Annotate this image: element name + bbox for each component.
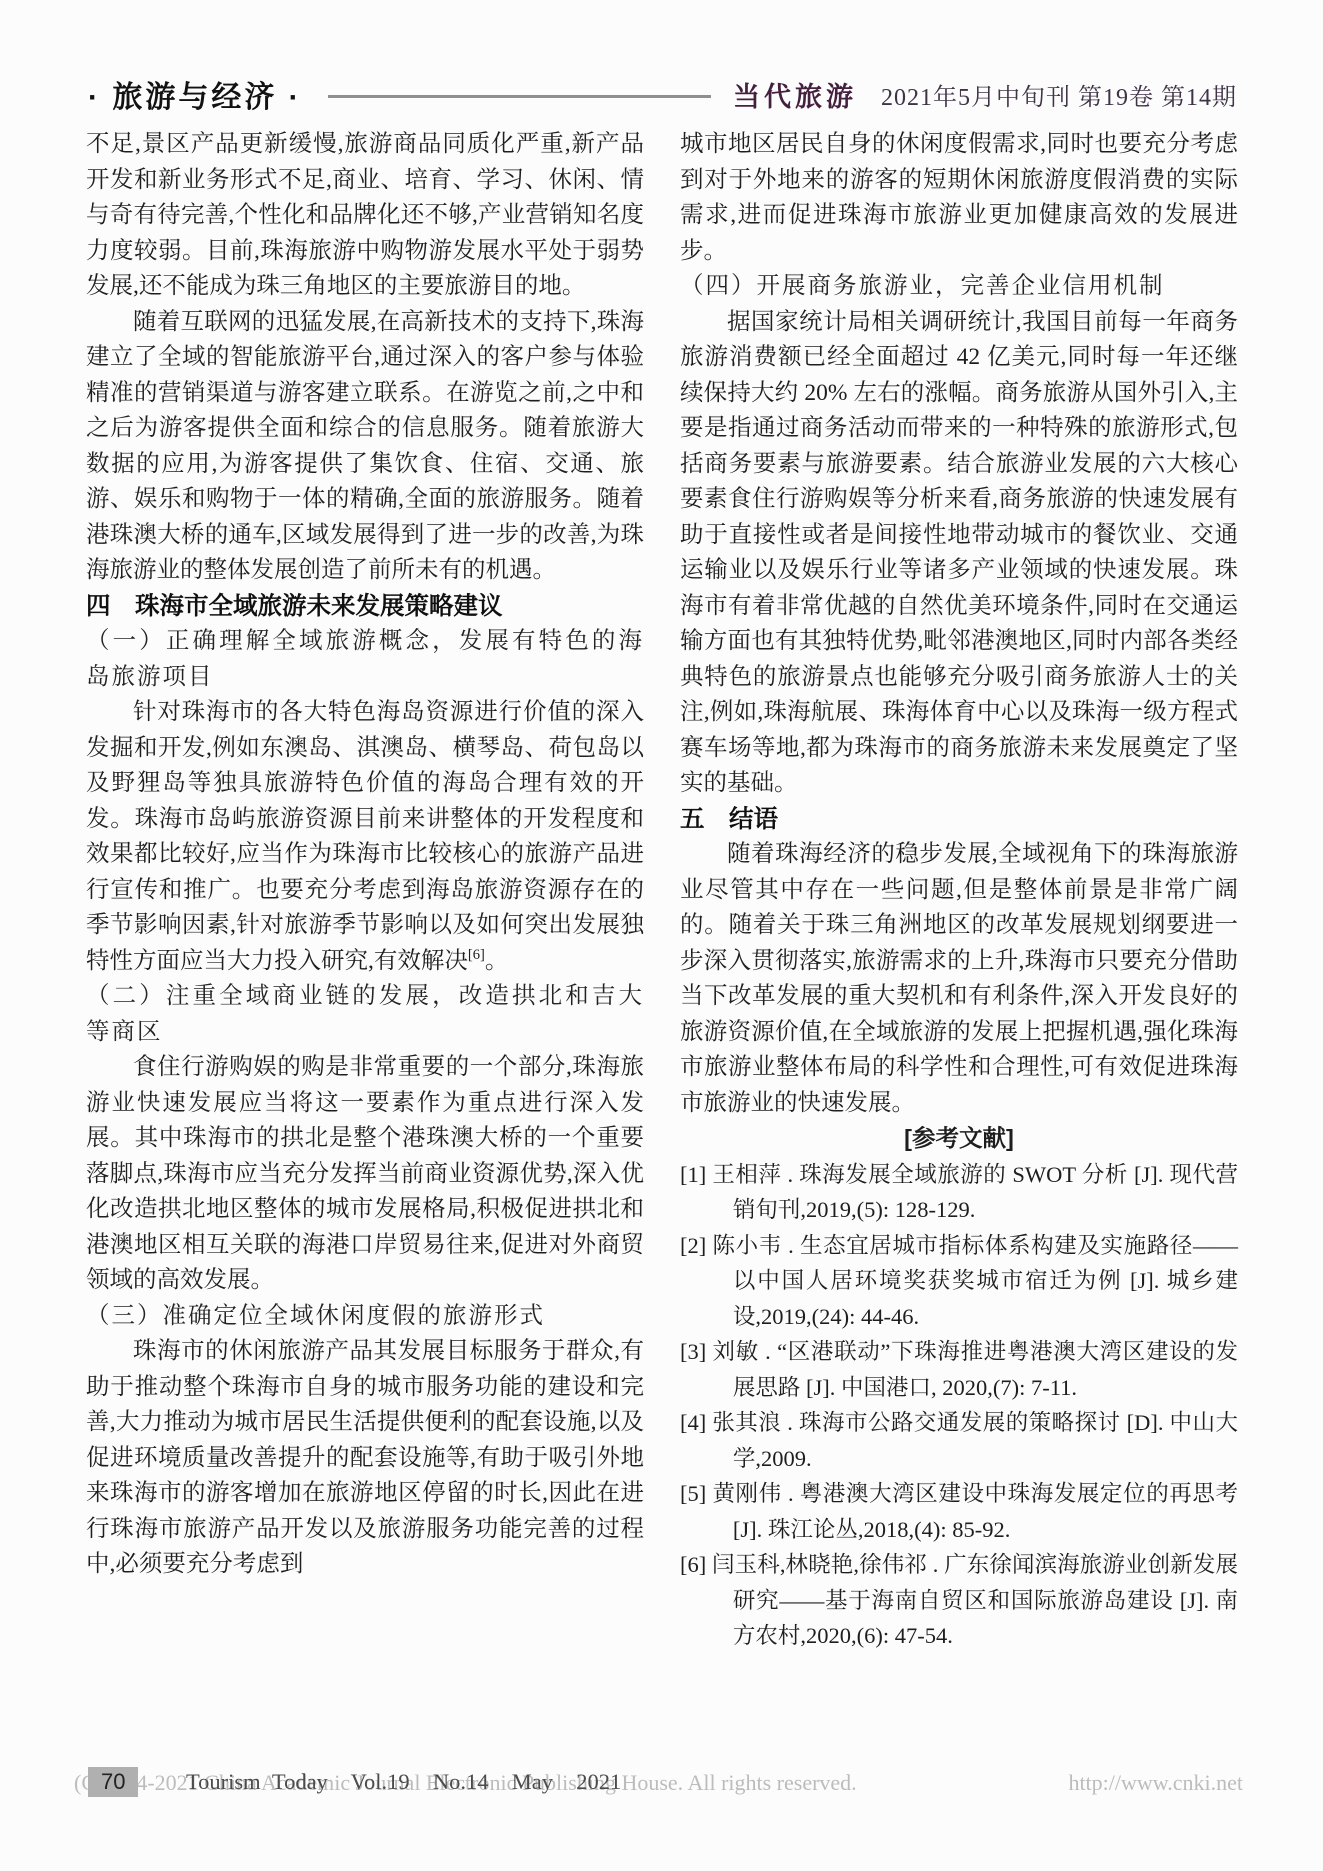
reference-item: [5] 黄刚伟 . 粤港澳大湾区建设中珠海发展定位的再思考 [J]. 珠江论丛,…	[680, 1476, 1238, 1547]
page-header: · 旅游与经济 · 当代旅游 2021年5月中旬刊 第19卷 第14期	[88, 72, 1237, 116]
subsection-heading: （一）正确理解全域旅游概念，发展有特色的海岛旅游项目	[86, 624, 644, 695]
body-paragraph: 据国家统计局相关调研统计,我国目前每一年商务旅游消费额已经全面超过 42 亿美元…	[680, 305, 1238, 802]
reference-item: [6] 闫玉科,林晓艳,徐伟祁 . 广东徐闻滨海旅游业创新发展研究——基于海南自…	[680, 1547, 1238, 1654]
footer-journal-line: Tourism Today Vol.19 No.14 May 2021	[186, 1769, 621, 1795]
page-footer: (C)1994-2021 China Academic Journal Elec…	[0, 1768, 1323, 1810]
footnote-ref: [6]	[468, 947, 485, 963]
body-paragraph: 不足,景区产品更新缓慢,旅游商品同质化严重,新产品开发和新业务形式不足,商业、培…	[86, 127, 644, 305]
reference-item: [1] 王相萍 . 珠海发展全域旅游的 SWOT 分析 [J]. 现代营销旬刊,…	[680, 1157, 1238, 1228]
text-run: 。	[485, 948, 509, 974]
reference-item: [3] 刘敏 . “区港联动”下珠海推进粤港澳大湾区建设的发展思路 [J]. 中…	[680, 1334, 1238, 1405]
article-body: 不足,景区产品更新缓慢,旅游商品同质化严重,新产品开发和新业务形式不足,商业、培…	[86, 127, 1238, 1654]
body-paragraph: 随着珠海经济的稳步发展,全域视角下的珠海旅游业尽管其中存在一些问题,但是整体前景…	[680, 837, 1238, 1121]
header-divider-line	[328, 95, 711, 98]
subsection-heading: （二）注重全域商业链的发展，改造拱北和吉大等商区	[86, 979, 644, 1050]
body-paragraph: 珠海市的休闲旅游产品其发展目标服务于群众,有助于推动整个珠海市自身的城市服务功能…	[86, 1334, 644, 1583]
subsection-heading: （四）开展商务旅游业，完善企业信用机制	[680, 269, 1238, 305]
body-paragraph: 食住行游购娱的购是非常重要的一个部分,珠海旅游业快速发展应当将这一要素作为重点进…	[86, 1050, 644, 1299]
cnki-url: http://www.cnki.net	[1068, 1770, 1243, 1796]
body-paragraph: 针对珠海市的各大特色海岛资源进行价值的深入发掘和开发,例如东澳岛、淇澳岛、横琴岛…	[86, 695, 644, 979]
page-number: 70	[88, 1767, 138, 1797]
left-column: 不足,景区产品更新缓慢,旅游商品同质化严重,新产品开发和新业务形式不足,商业、培…	[86, 127, 644, 1654]
journal-page: · 旅游与经济 · 当代旅游 2021年5月中旬刊 第19卷 第14期 不足,景…	[0, 0, 1323, 1871]
body-paragraph: 城市地区居民自身的休闲度假需求,同时也要充分考虑到对于外地来的游客的短期休闲旅游…	[680, 127, 1238, 269]
issue-info: 2021年5月中旬刊 第19卷 第14期	[881, 77, 1237, 112]
right-column: 城市地区居民自身的休闲度假需求,同时也要充分考虑到对于外地来的游客的短期休闲旅游…	[680, 127, 1238, 1654]
column-section-label: · 旅游与经济 ·	[88, 72, 302, 116]
subsection-heading: （三）准确定位全域休闲度假的旅游形式	[86, 1299, 644, 1335]
section-heading: 四 珠海市全域旅游未来发展策略建议	[86, 589, 644, 625]
text-run: 针对珠海市的各大特色海岛资源进行价值的深入发掘和开发,例如东澳岛、淇澳岛、横琴岛…	[86, 699, 644, 974]
section-heading: 五 结语	[680, 802, 1238, 838]
references-heading: [参考文献]	[680, 1121, 1238, 1157]
reference-item: [2] 陈小韦 . 生态宜居城市指标体系构建及实施路径——以中国人居环境奖获奖城…	[680, 1228, 1238, 1335]
journal-name: 当代旅游	[733, 75, 857, 114]
reference-item: [4] 张其浪 . 珠海市公路交通发展的策略探讨 [D]. 中山大学,2009.	[680, 1405, 1238, 1476]
body-paragraph: 随着互联网的迅猛发展,在高新技术的支持下,珠海建立了全域的智能旅游平台,通过深入…	[86, 305, 644, 589]
